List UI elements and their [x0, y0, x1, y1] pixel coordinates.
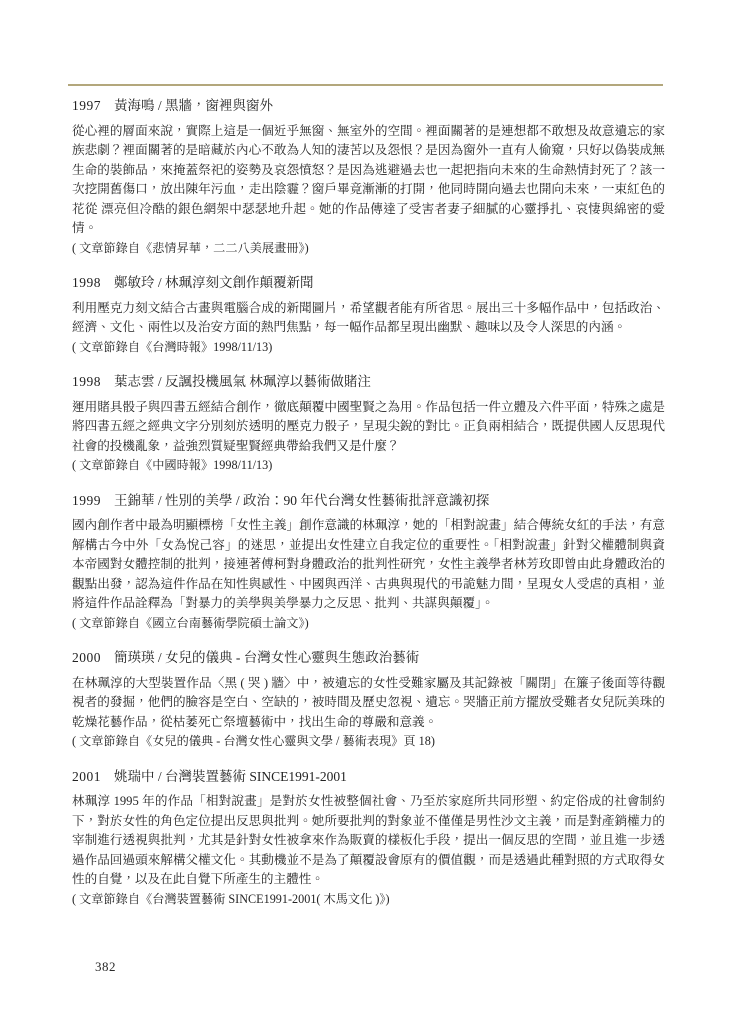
- entry-body: 在林珮淳的大型裝置作品〈黑 ( 哭 ) 牆〉中，被遺忘的女性受難家屬及其記錄被「…: [72, 674, 665, 733]
- entry-year: 2000: [72, 650, 101, 665]
- page-content: 1997黃海鳴 / 黑牆，窗裡與窗外 從心裡的層面來說，實際上這是一個近乎無窗、…: [72, 96, 665, 909]
- bibliography-entry: 1998鄭敏玲 / 林珮淳刻文創作顛覆新聞 利用壓克力刻文結合古畫與電腦合成的新…: [72, 273, 665, 357]
- entry-body: 利用壓克力刻文結合古畫與電腦合成的新聞圖片，希望觀者能有所省思。展出三十多幅作品…: [72, 299, 665, 338]
- entry-heading: 1998鄭敏玲 / 林珮淳刻文創作顛覆新聞: [72, 273, 665, 293]
- bibliography-entry: 2000簡瑛瑛 / 女兒的儀典 - 台灣女性心靈與生態政治藝術 在林珮淳的大型裝…: [72, 648, 665, 752]
- entry-year: 1998: [72, 374, 101, 389]
- entry-citation: ( 文章節錄自《悲情昇華，二二八美展畫冊》): [72, 239, 665, 259]
- entry-citation: ( 文章節錄自《台灣裝置藝術 SINCE1991-2001( 木馬文化 )》): [72, 890, 665, 910]
- entry-heading: 1998葉志雲 / 反諷投機風氣 林珮淳以藝術做賭注: [72, 372, 665, 392]
- bibliography-entry: 1997黃海鳴 / 黑牆，窗裡與窗外 從心裡的層面來說，實際上這是一個近乎無窗、…: [72, 96, 665, 258]
- header-rule: [68, 84, 663, 86]
- entry-body: 運用賭具骰子與四書五經結合創作，徹底顛覆中國聖賢之為用。作品包括一件立體及六件平…: [72, 398, 665, 457]
- entry-citation: ( 文章節錄自《國立台南藝術學院碩士論文》): [72, 614, 665, 634]
- bibliography-entry: 1998葉志雲 / 反諷投機風氣 林珮淳以藝術做賭注 運用賭具骰子與四書五經結合…: [72, 372, 665, 476]
- entry-title: 鄭敏玲 / 林珮淳刻文創作顛覆新聞: [114, 275, 314, 290]
- entry-heading: 2000簡瑛瑛 / 女兒的儀典 - 台灣女性心靈與生態政治藝術: [72, 648, 665, 668]
- entry-citation: ( 文章節錄自《女兒的儀典 - 台灣女性心靈與文學 / 藝術表現》頁 18): [72, 732, 665, 752]
- entry-year: 1998: [72, 275, 101, 290]
- entry-body: 林珮淳 1995 年的作品「相對說畫」是對於女性被整個社會、乃至於家庭所共同形塑…: [72, 792, 665, 890]
- entry-heading: 1999王錦華 / 性別的美學 / 政治：90 年代台灣女性藝術批評意識初探: [72, 491, 665, 511]
- document-page: 1997黃海鳴 / 黑牆，窗裡與窗外 從心裡的層面來說，實際上這是一個近乎無窗、…: [0, 0, 732, 1023]
- entry-year: 1999: [72, 493, 101, 508]
- entry-body: 從心裡的層面來說，實際上這是一個近乎無窗、無室外的空間。裡面關著的是連想都不敢想…: [72, 122, 665, 239]
- entry-heading: 1997黃海鳴 / 黑牆，窗裡與窗外: [72, 96, 665, 116]
- entry-year: 2001: [72, 769, 101, 784]
- entry-citation: ( 文章節錄自《台灣時報》1998/11/13): [72, 338, 665, 358]
- entry-title: 姚瑞中 / 台灣裝置藝術 SINCE1991-2001: [114, 769, 347, 784]
- page-number: 382: [95, 959, 116, 975]
- entry-body: 國內創作者中最為明顯標榜「女性主義」創作意識的林珮淳，她的「相對說畫」結合傳統女…: [72, 516, 665, 614]
- bibliography-entry: 1999王錦華 / 性別的美學 / 政治：90 年代台灣女性藝術批評意識初探 國…: [72, 491, 665, 634]
- entry-title: 葉志雲 / 反諷投機風氣 林珮淳以藝術做賭注: [114, 374, 371, 389]
- bibliography-entry: 2001姚瑞中 / 台灣裝置藝術 SINCE1991-2001 林珮淳 1995…: [72, 767, 665, 910]
- entry-citation: ( 文章節錄自《中國時報》1998/11/13): [72, 456, 665, 476]
- entry-title: 黃海鳴 / 黑牆，窗裡與窗外: [114, 98, 273, 113]
- entry-heading: 2001姚瑞中 / 台灣裝置藝術 SINCE1991-2001: [72, 767, 665, 787]
- entry-title: 簡瑛瑛 / 女兒的儀典 - 台灣女性心靈與生態政治藝術: [114, 650, 419, 665]
- entry-title: 王錦華 / 性別的美學 / 政治：90 年代台灣女性藝術批評意識初探: [114, 493, 489, 508]
- entry-year: 1997: [72, 98, 101, 113]
